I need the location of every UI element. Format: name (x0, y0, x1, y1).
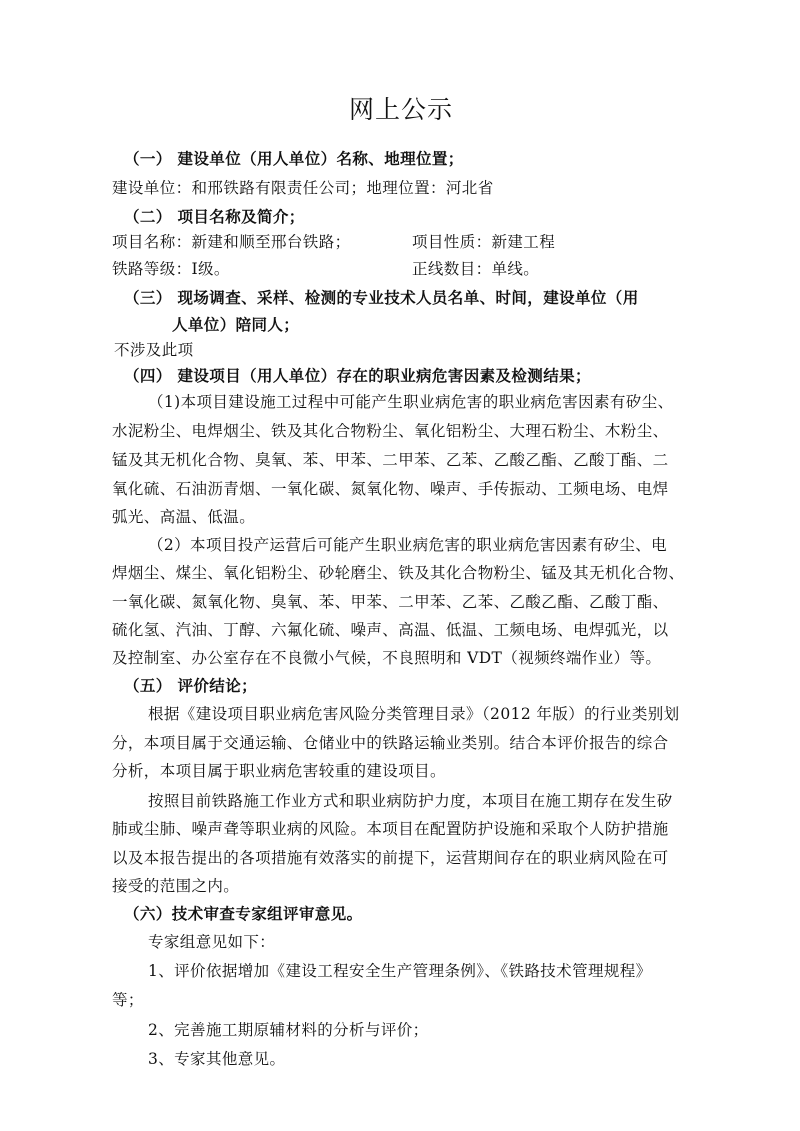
section-4-p1-line: （1)本项目建设施工过程中可能产生职业病危害的职业病危害因素有矽尘、 (148, 386, 726, 418)
expert-opinion-item-3: 3、专家其他意见。 (148, 1043, 726, 1075)
section-4-p1-line: 锰及其无机化合物、臭氧、苯、甲苯、二甲苯、乙苯、乙酸乙酯、乙酸丁酯、二 (112, 444, 690, 476)
section-1-heading: （一） 建设单位（用人单位）名称、地理位置； (124, 143, 702, 175)
section-5-p2-line: 肺或尘肺、噪声聋等职业病的风险。本项目在配置防护设施和采取个人防护措施 (112, 813, 690, 845)
project-name: 项目名称：新建和顺至邢台铁路； (112, 233, 351, 251)
section-4-p2-line: 焊烟尘、煤尘、氧化铝粉尘、砂轮磨尘、铁及其化合物粉尘、锰及其无机化合物、 (112, 557, 690, 589)
expert-opinion-item-2: 2、完善施工期原辅材料的分析与评价； (148, 1014, 726, 1046)
main-line-count: 正线数目：单线。 (412, 253, 539, 285)
section-2-row-2: 铁路等级：Ⅰ级。 正线数目：单线。 (112, 253, 690, 285)
section-5-p1-line: 分析，本项目属于职业病危害较重的建设项目。 (112, 755, 690, 787)
document-title: 网上公示 (112, 92, 690, 128)
expert-opinion-item-1: 1、评价依据增加《建设工程安全生产管理条例》、《铁路技术管理规程》 (148, 955, 726, 987)
expert-opinion-item-1-cont: 等； (112, 984, 690, 1016)
section-1-construction-unit: 建设单位：和邢铁路有限责任公司；地理位置：河北省 (112, 172, 690, 204)
railway-grade: 铁路等级：Ⅰ级。 (112, 260, 230, 278)
expert-opinion-intro: 专家组意见如下： (148, 926, 726, 958)
section-5-p1-line: 根据《建设项目职业病危害风险分类管理目录》（2012 年版）的行业类别划 (148, 698, 726, 730)
section-4-p1-line: 水泥粉尘、电焊烟尘、铁及其化合物粉尘、氧化铝粉尘、大理石粉尘、木粉尘、 (112, 415, 690, 447)
